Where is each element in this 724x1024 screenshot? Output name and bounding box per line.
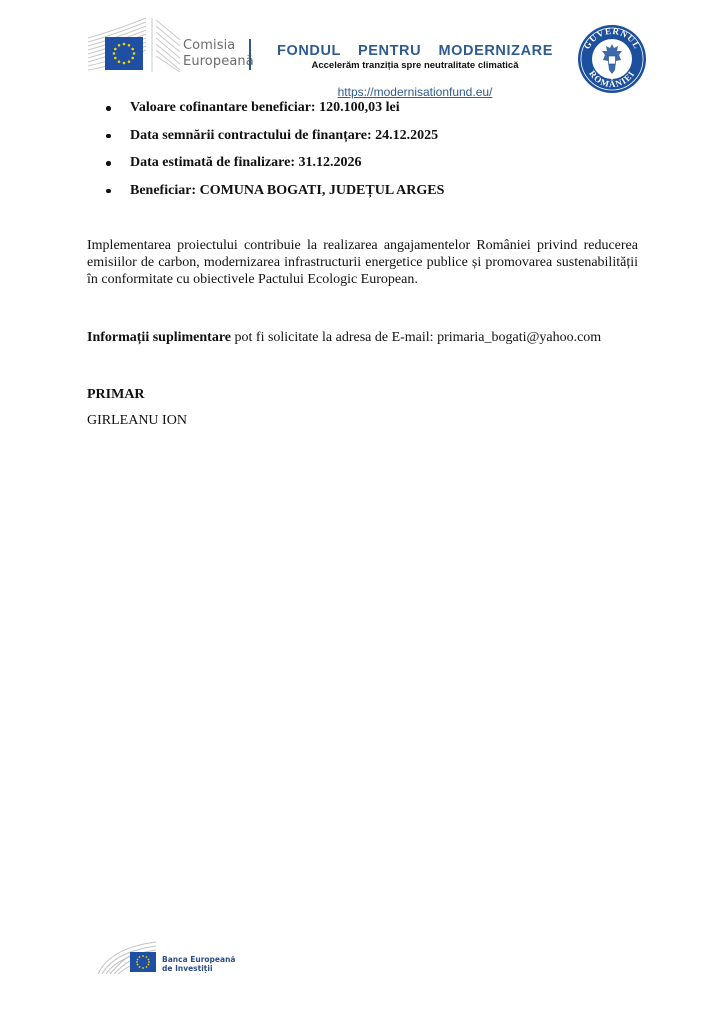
european-commission-wordmark: Comisia Europeană xyxy=(183,38,254,70)
additional-info-text: pot fi solicitate la adresa de E-mail: xyxy=(231,330,437,345)
guvernul-romaniei-seal-icon: GUVERNUL ROMÂNIEI xyxy=(577,24,647,94)
estimated-completion-date: Data estimată de finalizare: 31.12.2026 xyxy=(130,155,361,170)
bullet-icon xyxy=(106,189,111,194)
list-item: Beneficiar: COMUNA BOGATI, JUDEȚUL ARGES xyxy=(106,181,444,209)
fund-website-link[interactable]: https://modernisationfund.eu/ xyxy=(250,85,580,99)
list-item: Data semnării contractului de finanțare:… xyxy=(106,126,444,154)
additional-info-line: Informații suplimentare pot fi solicitat… xyxy=(87,330,601,346)
fund-title: FONDUL PENTRU MODERNIZARE xyxy=(250,43,580,59)
eib-line-2: de Investiții xyxy=(162,964,235,973)
project-impact-paragraph: Implementarea proiectului contribuie la … xyxy=(87,237,638,288)
list-item: Valoare cofinantare beneficiar: 120.100,… xyxy=(106,98,444,126)
eib-wordmark: Banca Europeană de Investiții xyxy=(162,955,235,973)
bullet-icon xyxy=(106,161,111,166)
signature-name: GIRLEANU ION xyxy=(87,413,187,429)
european-investment-bank-logo-icon xyxy=(96,940,158,976)
additional-info-label: Informații suplimentare xyxy=(87,330,231,345)
ec-line-1: Comisia xyxy=(183,38,254,54)
bullet-icon xyxy=(106,106,111,111)
european-commission-logo-icon xyxy=(86,16,182,74)
fund-subtitle: Accelerăm tranziția spre neutralitate cl… xyxy=(250,60,580,71)
ec-line-2: Europeană xyxy=(183,54,254,70)
cofinancing-value: Valoare cofinantare beneficiar: 120.100,… xyxy=(130,100,400,115)
bullet-icon xyxy=(106,134,111,139)
signature-title: PRIMAR xyxy=(87,387,145,403)
contract-signing-date: Data semnării contractului de finanțare:… xyxy=(130,128,438,143)
project-facts-list: Valoare cofinantare beneficiar: 120.100,… xyxy=(106,98,444,208)
beneficiary: Beneficiar: COMUNA BOGATI, JUDEȚUL ARGES xyxy=(130,183,444,198)
eib-line-1: Banca Europeană xyxy=(162,955,235,964)
contact-email-link[interactable]: primaria_bogati@yahoo.com xyxy=(437,330,601,345)
list-item: Data estimată de finalizare: 31.12.2026 xyxy=(106,153,444,181)
